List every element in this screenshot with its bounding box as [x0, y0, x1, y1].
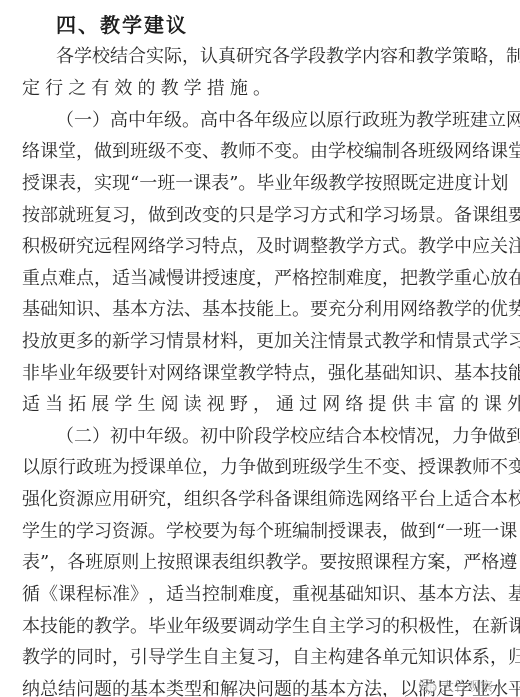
text-line: （二）初中年级。初中阶段学校应结合本校情况，力争做到: [56, 424, 492, 450]
text-line: 按部就班复习，做到改变的只是学习方式和学习场景。备课组要: [22, 203, 492, 229]
text-line: 定行之有效的教学措施。: [22, 76, 492, 102]
text-line: 表”，各班原则上按照课表组织教学。要按照课程方案，严格遵: [22, 550, 492, 576]
text-line: 积极研究远程网络学习特点，及时调整教学方式。教学中应关注: [22, 234, 492, 260]
text-line: 基础知识、基本方法、基本技能上。要充分利用网络教学的优势，: [22, 297, 492, 323]
text-line: （一）高中年级。高中各年级应以原行政班为教学班建立网: [56, 108, 492, 134]
text-line: 非毕业年级要针对网络课堂教学特点，强化基础知识、基本技能，: [22, 361, 492, 387]
text-line: 络课堂，做到班级不变、教师不变。由学校编制各班级网络课堂: [22, 139, 492, 165]
text-line: 适当拓展学生阅读视野，通过网络提供丰富的课外阅读素材。: [22, 392, 492, 418]
text-line: 强化资源应用研究，组织各学科备课组筛选网络平台上适合本校: [22, 487, 492, 513]
text-line: 各学校结合实际，认真研究各学段教学内容和教学策略，制: [56, 44, 492, 70]
watermark: 大竹观察: [418, 676, 493, 695]
wechat-icon: [418, 678, 438, 694]
text-line: 以原行政班为授课单位，力争做到班级学生不变、授课教师不变。: [22, 455, 492, 481]
text-line: 学生的学习资源。学校要为每个班编制授课表，做到“一班一课: [22, 519, 492, 545]
section-heading: 四、教学建议: [56, 11, 188, 39]
text-line: 重点难点，适当减慢讲授速度，严格控制难度，把教学重心放在: [22, 266, 492, 292]
text-line: 循《课程标准》，适当控制难度，重视基础知识、基本方法、基: [22, 582, 492, 608]
text-line: 投放更多的新学习情景材料，更加关注情景式教学和情景式学习。: [22, 329, 492, 355]
text-line: 授课表，实现“一班一课表”。毕业年级教学按照既定进度计划: [22, 171, 492, 197]
text-line: 教学的同时，引导学生自主复习，自主构建各单元知识体系，归: [22, 645, 492, 671]
watermark-label: 大竹观察: [441, 676, 493, 695]
document-page: 四、教学建议 各学校结合实际，认真研究各学段教学内容和教学策略，制定行之有效的教…: [0, 0, 520, 697]
text-line: 本技能的教学。毕业年级要调动学生自主学习的积极性，在新课: [22, 614, 492, 640]
